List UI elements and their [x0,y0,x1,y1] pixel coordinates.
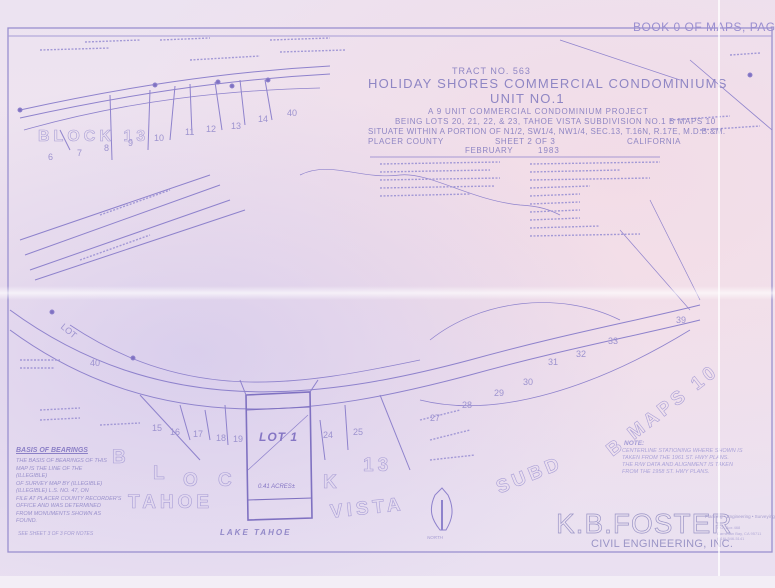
description-line: SITUATE WITHIN A PORTION OF N1/2, SW1/4,… [368,127,725,136]
basis-of-bearings-text: THE BASIS OF BEARINGS OF THIS MAP IS THE… [16,458,121,526]
description-line: BEING LOTS 20, 21, 22, & 23, TAHOE VISTA… [395,117,716,126]
sheet-number: SHEET 2 OF 3 [495,137,555,146]
lot-1-area: 0.41 ACRES± [258,484,295,490]
lot-number: 33 [608,336,618,346]
lot-number: 12 [206,124,216,134]
basis-of-bearings-title: BASIS OF BEARINGS [16,447,88,454]
lot-number: 19 [233,434,243,444]
lot-number: 24 [323,430,333,440]
firm-services: Planning • Engineering • Surveying [705,514,775,519]
tract-number: TRACT NO. 563 [452,66,531,76]
lot-number: 7 [77,148,82,158]
lot-number: 31 [548,357,558,367]
note-text: CENTERLINE STATIONING WHERE SHOWN IS TAK… [622,448,743,476]
lot-number: 30 [523,377,533,387]
date-year: 1983 [538,146,560,155]
lot-number: 10 [154,133,164,143]
north-arrow-icon [431,488,452,530]
lot-number: 40 [90,358,100,368]
lot-1-label: LOT 1 [259,430,298,444]
firm-subtitle: CIVIL ENGINEERING, INC. [591,538,733,550]
tahoe-label: TAHOE [128,492,213,514]
map-title: HOLIDAY SHORES COMMERCIAL CONDOMINIUMS [368,76,728,91]
lot-number: 29 [494,388,504,398]
state-label: CALIFORNIA [627,137,681,146]
lot-number: 14 [258,114,268,124]
lot-number: 39 [676,315,686,325]
note-title: NOTE: [624,440,644,447]
block-letter: K [323,472,341,494]
block-label: BLOCK 13 [38,128,149,146]
basis-of-bearings-footnote: SEE SHEET 3 OF 3 FOR NOTES [18,531,93,537]
county-label: PLACER COUNTY [368,137,444,146]
book-of-maps-label: BOOK 0 OF MAPS, PAGE [633,20,775,34]
firm-address: P.O. Box 468 Carnelian Bay, CA 95711 (91… [717,525,761,542]
lot-number: 6 [48,152,53,162]
fold-crease [0,286,775,300]
lot-number: 18 [216,433,226,443]
lake-tahoe-label: LAKE TAHOE [220,528,291,537]
lot-number: 28 [462,400,472,410]
lot-number: 40 [287,108,297,118]
lot-number: 13 [231,121,241,131]
lot-number: 25 [353,427,363,437]
lot-number: 32 [576,349,586,359]
lot-number: 11 [185,127,194,137]
unit-label: UNIT NO.1 [490,91,565,106]
paper-edge [0,576,775,588]
lot-number: 27 [430,413,440,423]
north-arrow-label: NORTH [427,535,443,540]
block-letter: C [218,470,236,492]
lot-number: 16 [170,427,180,437]
block-letter: O [183,470,202,492]
block-letter: 13 [363,455,392,477]
description-line: A 9 UNIT COMMERCIAL CONDOMINIUM PROJECT [428,107,649,116]
lot-number: 17 [193,429,203,439]
plat-map-sheet: BOOK 0 OF MAPS, PAGE TRACT NO. 563 HOLID… [0,0,775,588]
block-letter: L [153,463,169,485]
firm-logo: K.B.FOSTER [556,508,732,540]
date-month: FEBRUARY [465,146,513,155]
lot-number: 15 [152,423,162,433]
lot-1-boundary [246,392,312,520]
